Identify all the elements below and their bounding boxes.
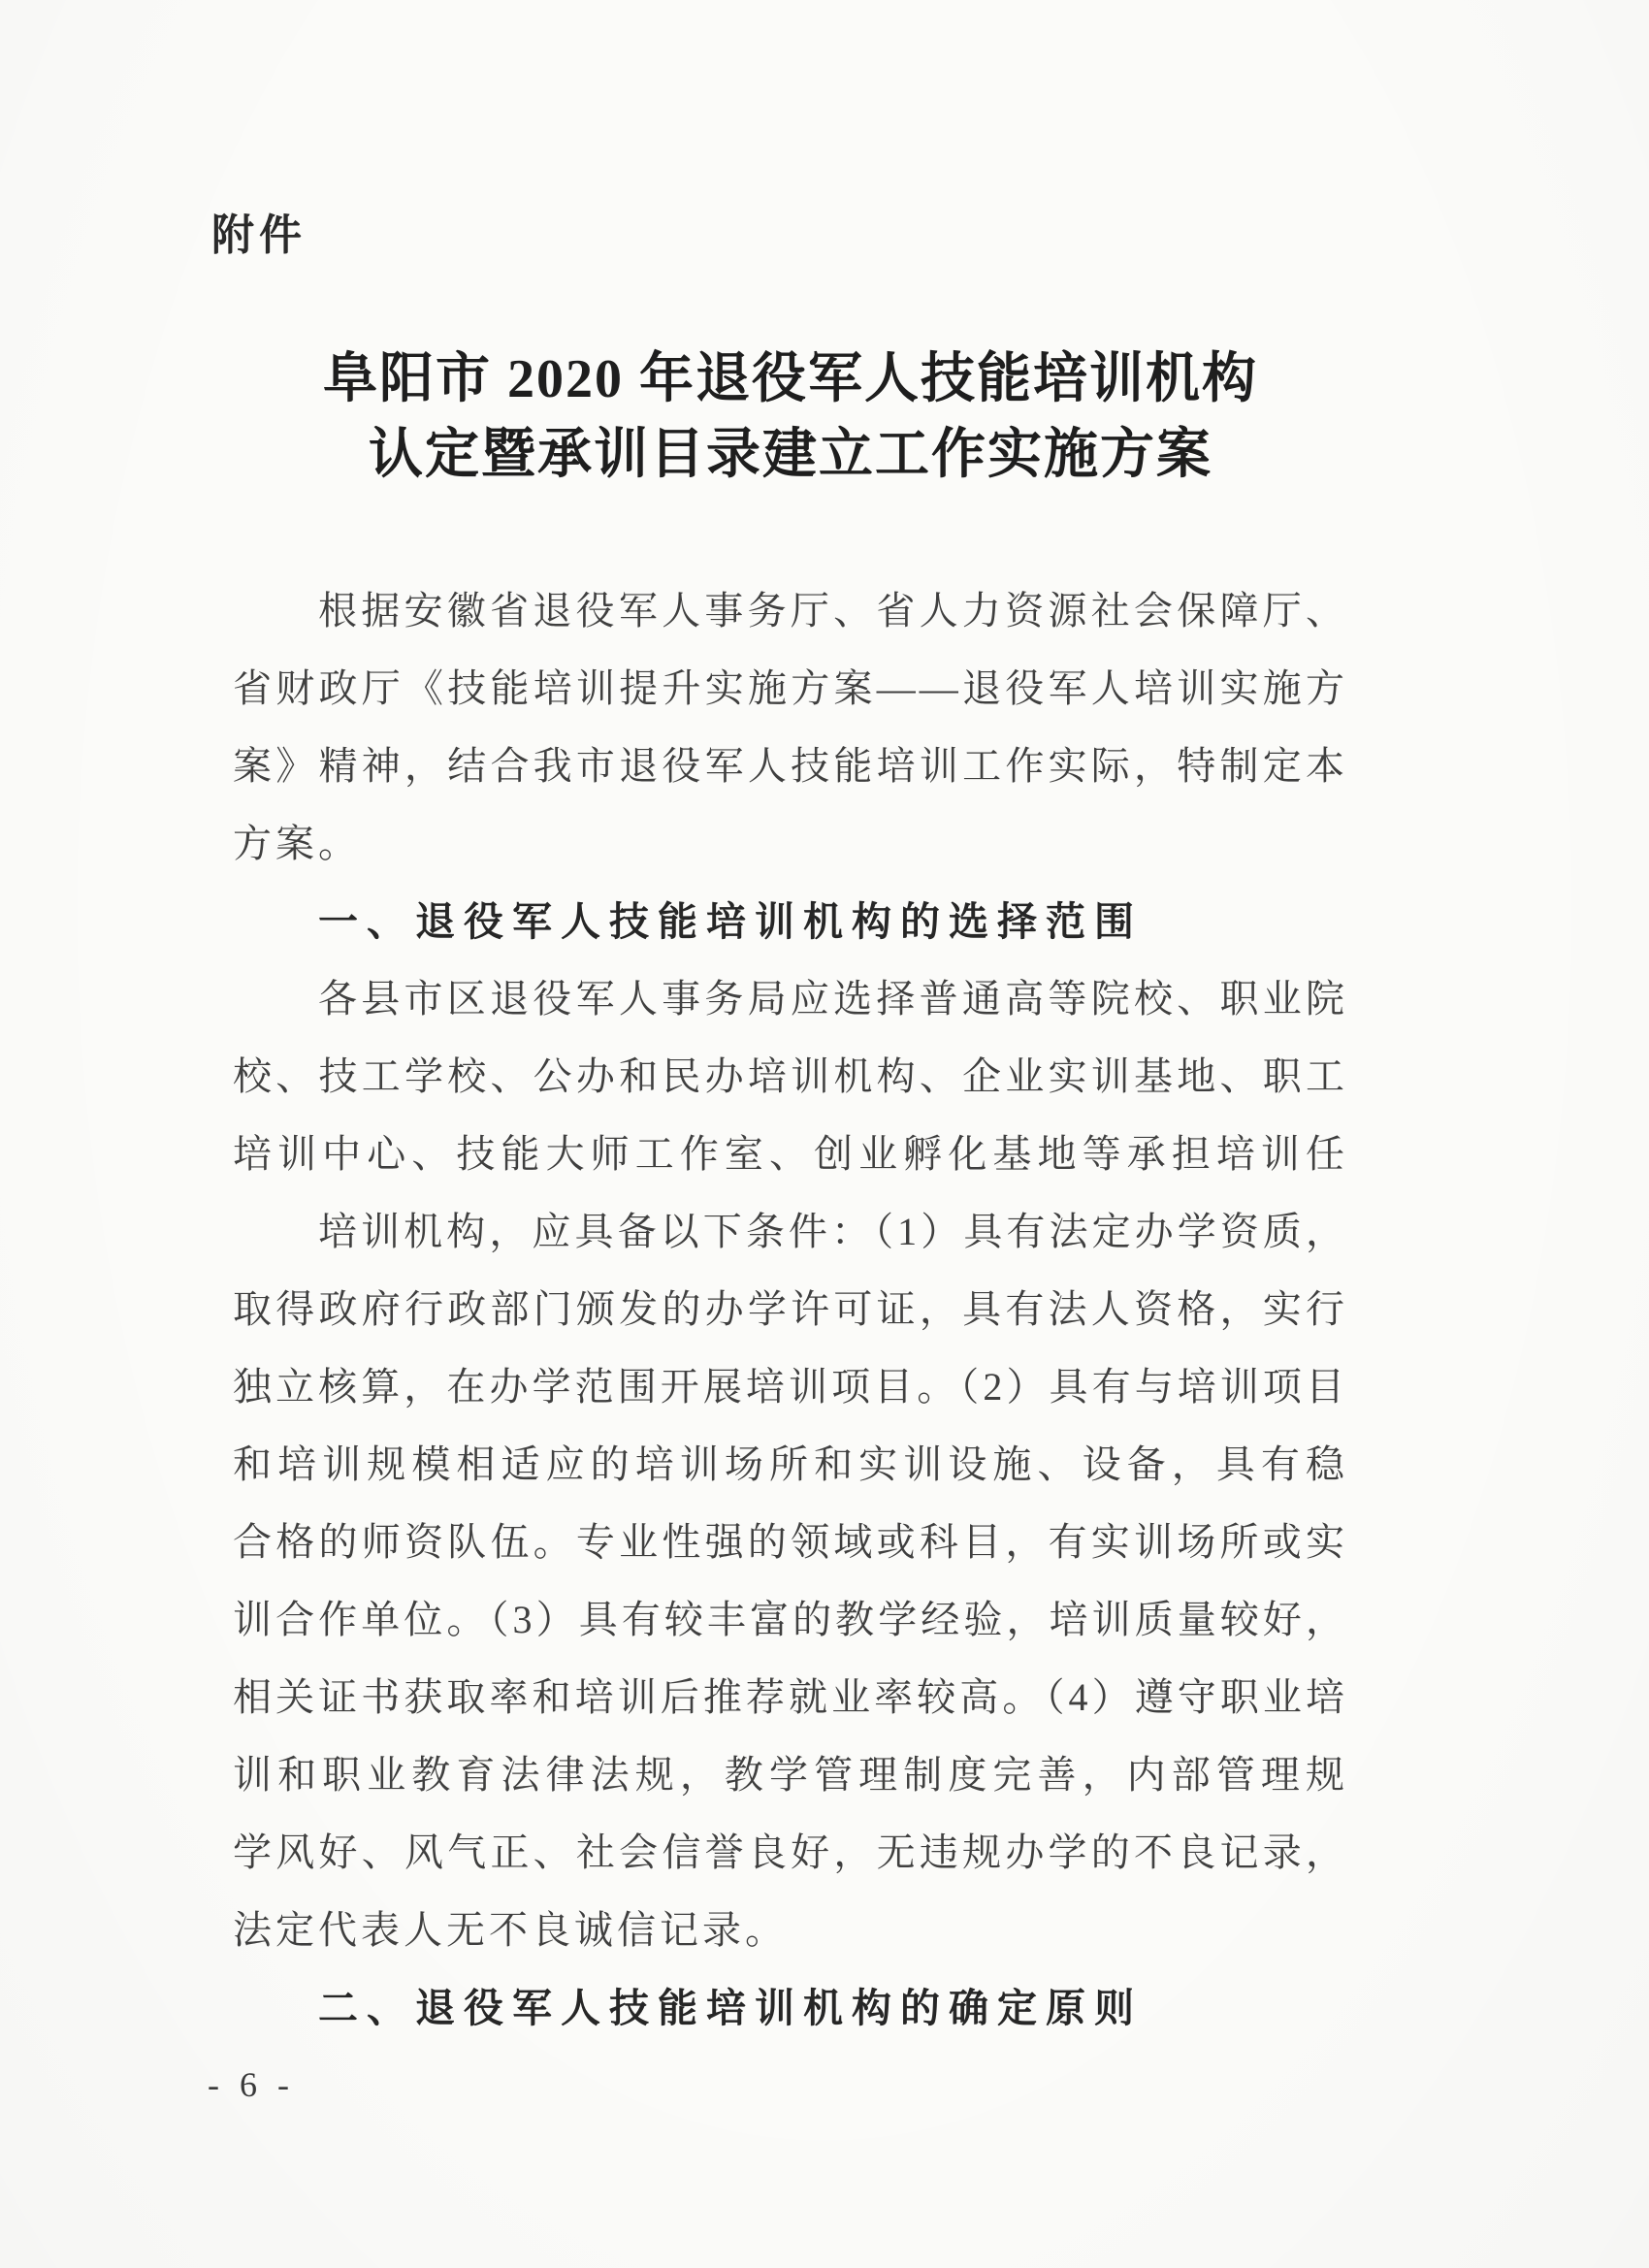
document-body: 根据安徽省退役军人事务厅、省人力资源社会保障厅、 省财政厅《技能培训提升实施方案…: [233, 572, 1348, 2047]
intro-paragraph-line: 根据安徽省退役军人事务厅、省人力资源社会保障厅、: [233, 572, 1348, 650]
section-1-paragraph-1-line: 校、技工学校、公办和民办培训机构、企业实训基地、职工: [233, 1038, 1348, 1116]
section-1-paragraph-2-line: 取得政府行政部门颁发的办学许可证，具有法人资格，实行: [233, 1271, 1348, 1348]
intro-paragraph-line: 省财政厅《技能培训提升实施方案——退役军人培训实施方: [233, 650, 1348, 728]
document-title-line-1: 阜阳市 2020 年退役军人技能培训机构: [233, 341, 1348, 417]
scanned-document-page: 附件 阜阳市 2020 年退役军人技能培训机构 认定暨承训目录建立工作实施方案 …: [0, 0, 1649, 2268]
section-1-paragraph-1-line: 各县市区退役军人事务局应选择普通高等院校、职业院: [233, 960, 1348, 1038]
section-1-paragraph-1-line: 培训中心、技能大师工作室、创业孵化基地等承担培训任务。: [233, 1116, 1348, 1193]
document-title: 阜阳市 2020 年退役军人技能培训机构 认定暨承训目录建立工作实施方案: [233, 341, 1348, 493]
section-1-paragraph-2-line: 独立核算，在办学范围开展培训项目。（2）具有与培训项目: [233, 1348, 1348, 1426]
section-1-paragraph-2-line: 训合作单位。（3）具有较丰富的教学经验，培训质量较好，: [233, 1581, 1348, 1659]
intro-paragraph-line: 案》精神，结合我市退役军人技能培训工作实际，特制定本: [233, 728, 1348, 805]
attachment-label: 附件: [211, 200, 307, 262]
page-number: - 6 -: [208, 2064, 295, 2105]
section-1-paragraph-2-line: 合格的师资队伍。专业性强的领域或科目，有实训场所或实: [233, 1504, 1348, 1581]
section-1-paragraph-2-line: 学风好、风气正、社会信誉良好，无违规办学的不良记录，: [233, 1814, 1348, 1892]
document-title-line-2: 认定暨承训目录建立工作实施方案: [233, 417, 1348, 493]
section-1-paragraph-2-line: 培训机构，应具备以下条件：（1）具有法定办学资质，: [233, 1193, 1348, 1271]
intro-paragraph-line: 方案。: [233, 805, 1348, 883]
section-1-paragraph-2-line: 和培训规模相适应的培训场所和实训设施、设备，具有稳定、: [233, 1426, 1348, 1504]
section-1-paragraph-2-line: 相关证书获取率和培训后推荐就业率较高。（4）遵守职业培: [233, 1659, 1348, 1736]
section-1-paragraph-2-line: 训和职业教育法律法规，教学管理制度完善，内部管理规范，: [233, 1736, 1348, 1814]
section-1-paragraph-2-line: 法定代表人无不良诚信记录。: [233, 1892, 1348, 1969]
section-1-heading: 一、退役军人技能培训机构的选择范围: [233, 883, 1348, 960]
section-2-heading: 二、退役军人技能培训机构的确定原则: [233, 1969, 1348, 2047]
